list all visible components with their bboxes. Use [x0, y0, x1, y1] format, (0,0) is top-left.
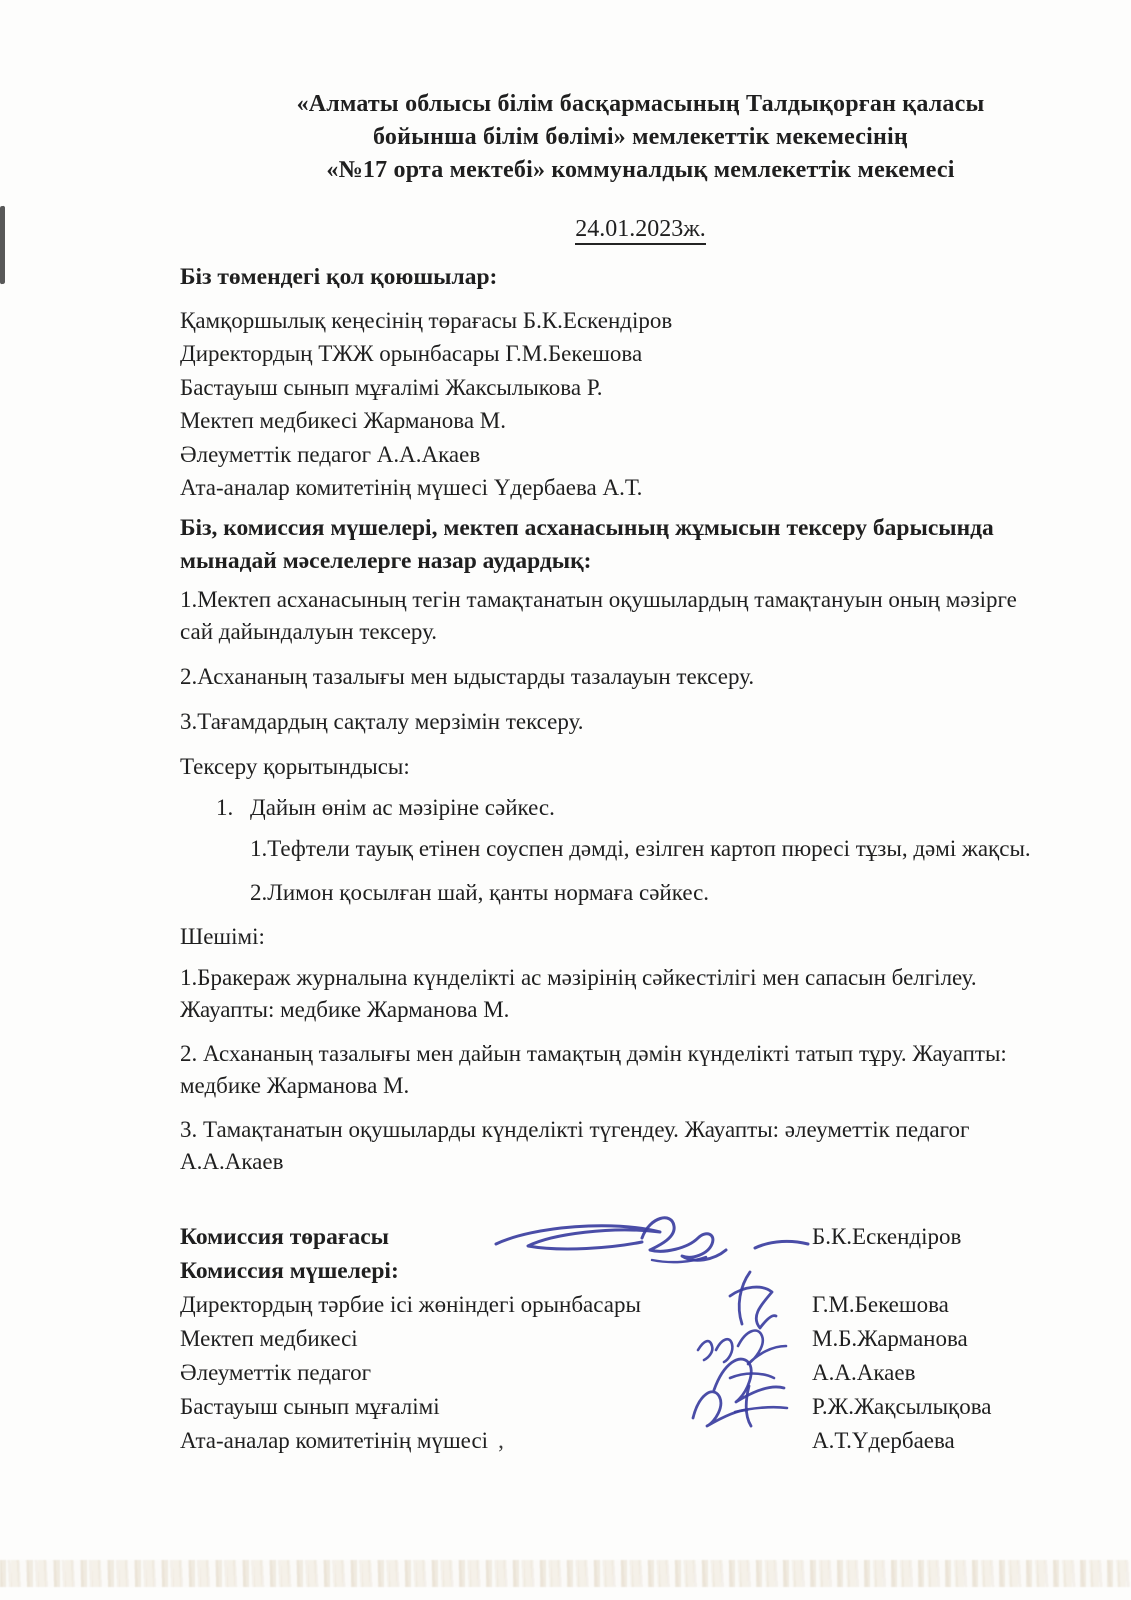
signer-line: Мектеп медбикесі Жарманова М.	[180, 404, 1031, 437]
members-label-row: Комиссия мүшелері:	[180, 1254, 1071, 1288]
results-heading: Тексеру қорытындысы:	[180, 751, 1031, 783]
document-title: «Алматы облысы білім басқармасының Талды…	[150, 88, 1131, 187]
member-row: Бастауыш сынып мұғалімі Р.Ж.Жақсылықова	[180, 1390, 1071, 1424]
signers-intro-heading: Біз төмендегі қол қоюшылар:	[180, 261, 1031, 293]
commission-statement: Біз, комиссия мүшелері, мектеп асханасын…	[180, 512, 1031, 578]
title-line-1: «Алматы облысы білім басқармасының Талды…	[150, 88, 1131, 121]
document-date: 24.01.2023ж.	[575, 216, 706, 245]
result-item-text: Дайын өнім ас мәзіріне сәйкес.	[250, 795, 555, 820]
signer-line: Ата-аналар комитетінің мүшесі Үдербаева …	[180, 471, 1031, 504]
signer-line: Бастауыш сынып мұғалімі Жаксылыкова Р.	[180, 371, 1031, 404]
member-name: М.Б.Жарманова	[812, 1322, 1071, 1356]
check-item-1: 1.Мектеп асханасының тегін тамақтанатын …	[180, 584, 1031, 648]
chairman-row: Комиссия төрағасы Б.К.Ескендіров	[180, 1220, 1071, 1254]
member-label: Мектеп медбикесі	[180, 1322, 812, 1356]
check-item-3: 3.Тағамдардың сақталу мерзімін тексеру.	[180, 706, 1031, 738]
member-label-text: Ата-аналар комитетінің мүшесі	[180, 1428, 488, 1453]
signature-block: Комиссия төрағасы Б.К.Ескендіров Комисси…	[180, 1220, 1071, 1458]
decision-item-3: 3. Тамақтанатын оқушыларды күнделікті тү…	[180, 1114, 1031, 1178]
member-label: Директордың тәрбие ісі жөніндегі орынбас…	[180, 1288, 812, 1322]
signer-list: Қамқоршылық кеңесінің төрағасы Б.К.Ескен…	[180, 304, 1031, 504]
signer-line: Директордың ТЖЖ орынбасары Г.М.Бекешова	[180, 337, 1031, 370]
check-item-2: 2.Асхананың тазалығы мен ыдыстарды тазал…	[180, 661, 1031, 693]
member-name: Г.М.Бекешова	[812, 1288, 1071, 1322]
signer-line: Қамқоршылық кеңесінің төрағасы Б.К.Ескен…	[180, 304, 1031, 337]
member-name: А.А.Акаев	[812, 1356, 1071, 1390]
result-sub-item-2: 2.Лимон қосылған шай, қанты нормаға сәйк…	[180, 877, 1031, 909]
chairman-label: Комиссия төрағасы	[180, 1220, 812, 1254]
chairman-name: Б.К.Ескендіров	[812, 1220, 1071, 1254]
member-label: Ата-аналар комитетінің мүшесі,	[180, 1424, 812, 1458]
member-label: Әлеуметтік педагог	[180, 1356, 812, 1390]
title-line-2: бойынша білім бөлімі» мемлекеттік мекеме…	[150, 121, 1131, 154]
member-row: Әлеуметтік педагог А.А.Акаев	[180, 1356, 1071, 1390]
member-row: Ата-аналар комитетінің мүшесі, А.Т.Үдерб…	[180, 1424, 1071, 1458]
scan-edge-artifact	[0, 206, 5, 285]
decision-item-2: 2. Асхананың тазалығы мен дайын тамақтың…	[180, 1038, 1031, 1102]
members-label: Комиссия мүшелері:	[180, 1254, 812, 1288]
signer-line: Әлеуметтік педагог А.А.Акаев	[180, 438, 1031, 471]
document-date-row: 24.01.2023ж.	[150, 216, 1131, 243]
result-sub-item-1: 1.Тефтели тауық етінен соуспен дәмді, ез…	[180, 833, 1031, 865]
member-row: Мектеп медбикесі М.Б.Жарманова	[180, 1322, 1071, 1356]
document-body: Біз төмендегі қол қоюшылар: Қамқоршылық …	[180, 261, 1031, 1178]
result-item: 1.Дайын өнім ас мәзіріне сәйкес.	[180, 792, 1031, 824]
member-name: А.Т.Үдербаева	[812, 1424, 1071, 1458]
member-name: Р.Ж.Жақсылықова	[812, 1390, 1071, 1424]
decision-heading: Шешімі:	[180, 921, 1031, 953]
stray-pen-mark: ,	[498, 1428, 504, 1453]
member-row: Директордың тәрбие ісі жөніндегі орынбас…	[180, 1288, 1071, 1322]
decision-item-1: 1.Бракераж журналына күнделікті ас мәзір…	[180, 962, 1031, 1026]
result-item-number: 1.	[216, 792, 250, 824]
scan-bottom-noise-artifact	[0, 1560, 1131, 1587]
scanned-document-page: «Алматы облысы білім басқармасының Талды…	[0, 0, 1131, 1600]
title-line-3: «№17 орта мектебі» коммуналдық мемлекетт…	[150, 154, 1131, 187]
member-label: Бастауыш сынып мұғалімі	[180, 1390, 812, 1424]
